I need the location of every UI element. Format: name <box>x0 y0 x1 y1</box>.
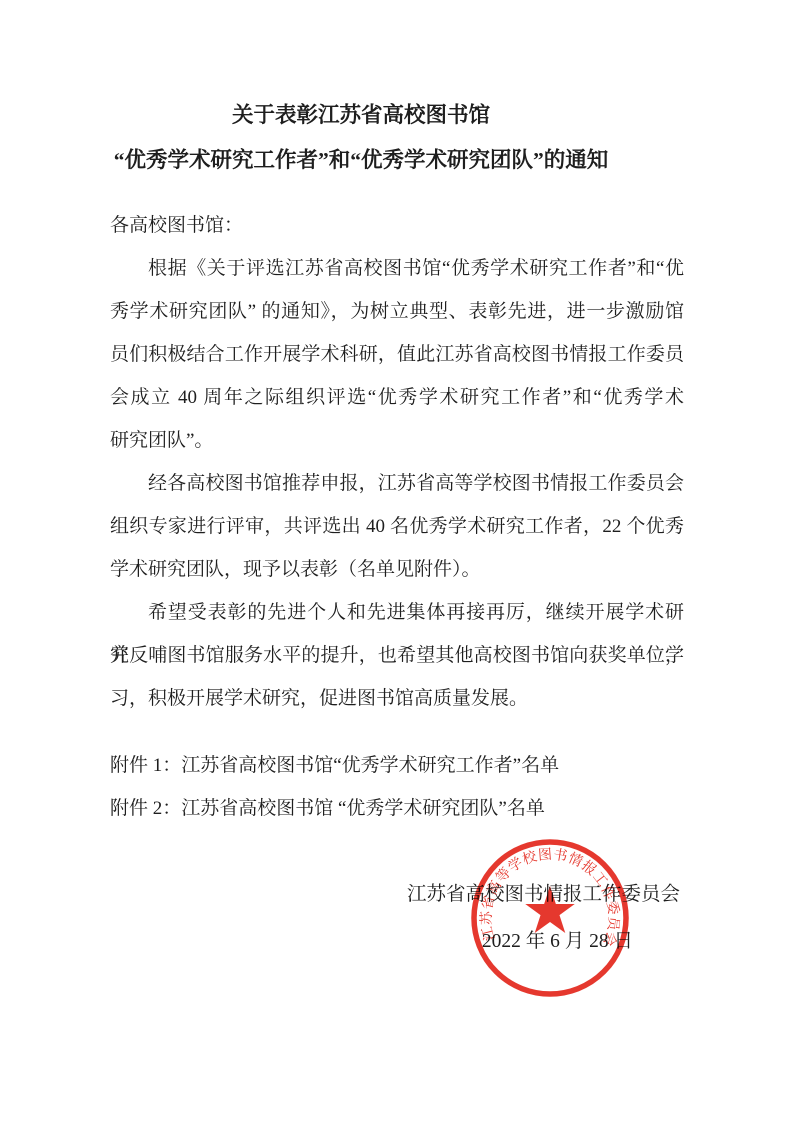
attachments-list: 附件 1：江苏省高校图书馆“优秀学术研究工作者”名单 附件 2：江苏省高校图书馆… <box>110 744 710 830</box>
issue-date: 2022 年 6 月 28 日 <box>482 919 633 964</box>
paragraph-2-line-2: 组织专家进行评审，共评选出 40 名优秀学术研究工作者，22 个优秀 <box>110 505 684 548</box>
paragraph-1-line-2: 秀学术研究团队” 的通知》，为树立典型、表彰先进，进一步激励馆 <box>110 290 684 333</box>
paragraph-3-line-2: 并反哺图书馆服务水平的提升，也希望其他高校图书馆向获奖单位学 <box>110 634 684 677</box>
paragraph-3-line-3: 习，积极开展学术研究，促进图书馆高质量发展。 <box>110 677 684 720</box>
paragraph-1-line-4: 会成立 40 周年之际组织评选“优秀学术研究工作者”和“优秀学术 <box>110 376 684 419</box>
title-line-1: 关于表彰江苏省高校图书馆 <box>110 93 612 138</box>
seal-ring <box>474 842 626 994</box>
paragraph-1-line-5: 研究团队”。 <box>110 419 684 462</box>
title-line-2: “优秀学术研究工作者”和“优秀学术研究团队”的通知 <box>110 138 612 183</box>
paragraph-3-line-1: 希望受表彰的先进个人和先进集体再接再厉，继续开展学术研究， <box>110 591 684 634</box>
attachment-1: 附件 1：江苏省高校图书馆“优秀学术研究工作者”名单 <box>110 744 710 787</box>
salutation: 各高校图书馆： <box>110 204 684 247</box>
paragraph-2-line-3: 学术研究团队，现予以表彰（名单见附件）。 <box>110 548 684 591</box>
official-seal-stamp: 江苏省高等学校图书情报工作委员会 <box>465 833 635 1003</box>
paragraph-1-line-1: 根据《关于评选江苏省高校图书馆“优秀学术研究工作者”和“优 <box>110 247 684 290</box>
attachment-2: 附件 2：江苏省高校图书馆 “优秀学术研究团队”名单 <box>110 787 710 830</box>
document-page: 关于表彰江苏省高校图书馆 “优秀学术研究工作者”和“优秀学术研究团队”的通知 各… <box>0 0 799 1131</box>
document-title: 关于表彰江苏省高校图书馆 “优秀学术研究工作者”和“优秀学术研究团队”的通知 <box>110 93 680 183</box>
issuer-signature: 江苏省高校图书情报工作委员会 <box>407 872 680 917</box>
document-body: 各高校图书馆： 根据《关于评选江苏省高校图书馆“优秀学术研究工作者”和“优 秀学… <box>110 204 684 720</box>
paragraph-2-line-1: 经各高校图书馆推荐申报，江苏省高等学校图书情报工作委员会 <box>110 462 684 505</box>
paragraph-1-line-3: 员们积极结合工作开展学术科研，值此江苏省高校图书情报工作委员 <box>110 333 684 376</box>
